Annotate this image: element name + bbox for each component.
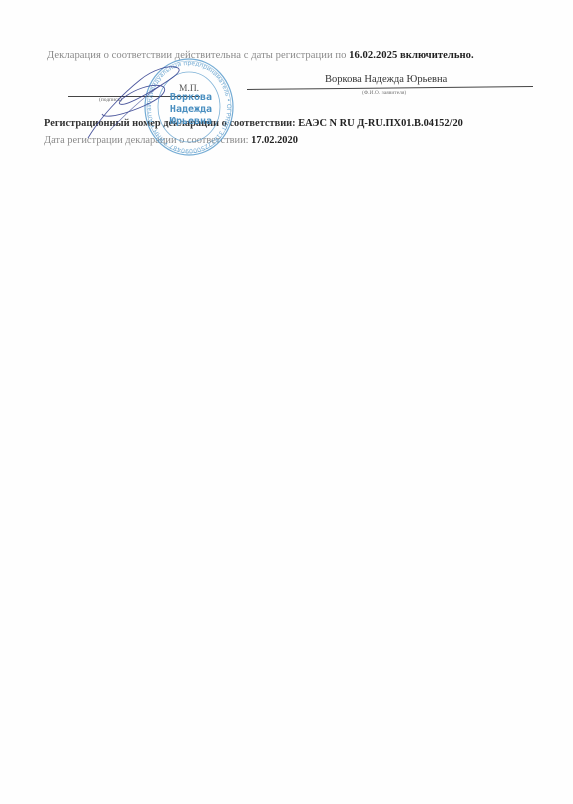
validity-end-date: 16.02.2025	[349, 50, 397, 61]
applicant-name: Воркова Надежда Юрьевна	[325, 74, 447, 85]
stamp-place-label: М.П.	[179, 84, 199, 94]
signature-line	[68, 96, 200, 97]
registration-date-line: Дата регистрации декларации о соответств…	[44, 135, 298, 146]
registration-date-value: 17.02.2020	[251, 135, 298, 146]
registration-number-label: Регистрационный номер декларации о соотв…	[44, 118, 298, 129]
declaration-validity-statement: Декларация о соответствии действительна …	[47, 50, 474, 61]
validity-suffix: включительно.	[397, 50, 473, 61]
validity-prefix: Декларация о соответствии действительна …	[47, 50, 349, 61]
applicant-name-caption: (Ф.И.О. заявителя)	[362, 90, 406, 96]
handwritten-signature-icon	[80, 58, 190, 143]
signature-caption: (подпись)	[99, 97, 122, 103]
stamp-line-2: Надежда	[170, 104, 212, 115]
registration-number-value: ЕАЭС N RU Д-RU.ПХ01.В.04152/20	[298, 118, 463, 129]
registration-number-line: Регистрационный номер декларации о соотв…	[44, 118, 463, 129]
document-page: Декларация о соответствии действительна …	[0, 0, 573, 804]
registration-date-label: Дата регистрации декларации о соответств…	[44, 135, 251, 146]
